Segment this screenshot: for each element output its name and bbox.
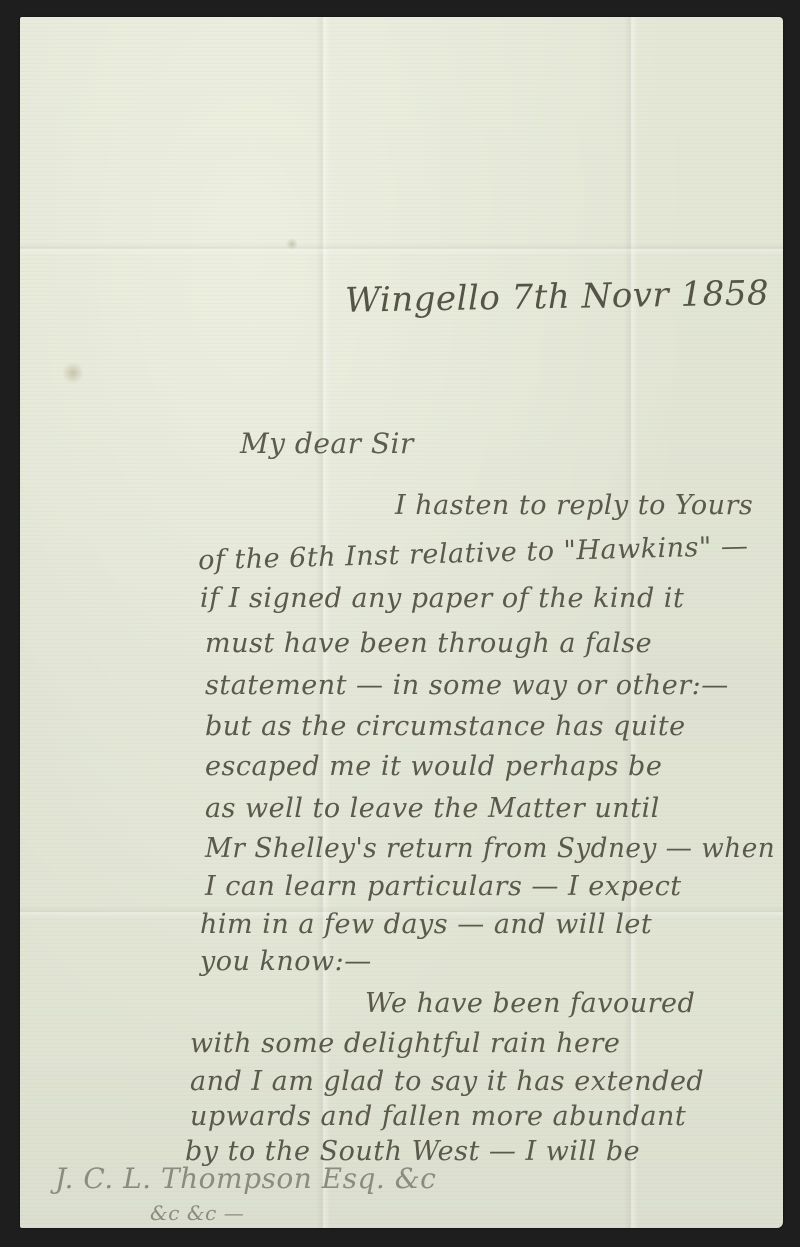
letter-line: I hasten to reply to Yours (395, 492, 753, 519)
letter-line: by to the South West — I will be (185, 1138, 640, 1165)
letter-line: must have been through a false (205, 630, 652, 657)
place-and-date: Wingello 7th Novr 1858 (345, 276, 770, 317)
letter-line: escaped me it would perhaps be (205, 753, 662, 780)
paper-stain (62, 362, 84, 384)
letter-line: him in a few days — and will let (200, 911, 652, 938)
letter-line: We have been favoured (365, 990, 695, 1017)
vertical-fold-line (624, 17, 638, 1228)
paper-stain (285, 239, 299, 249)
address-subline: &c &c — (150, 1203, 244, 1223)
horizontal-fold-line (20, 243, 783, 255)
address-name: J. C. L. Thompson Esq. &c (55, 1165, 436, 1193)
letter-line: as well to leave the Matter until (205, 795, 660, 822)
letter-line: with some delightful rain here (190, 1030, 620, 1057)
letter-line: I can learn particulars — I expect (205, 873, 682, 900)
letter-line: Mr Shelley's return from Sydney — when (205, 835, 775, 862)
letter-line: upwards and fallen more abundant (190, 1103, 686, 1130)
letter-line: but as the circumstance has quite (205, 713, 686, 740)
letter-line: you know:— (200, 948, 372, 975)
letter-line: and I am glad to say it has extended (190, 1068, 704, 1095)
salutation: My dear Sir (240, 430, 414, 458)
letter-line: if I signed any paper of the kind it (200, 585, 684, 612)
letter-line: statement — in some way or other:— (205, 672, 729, 699)
